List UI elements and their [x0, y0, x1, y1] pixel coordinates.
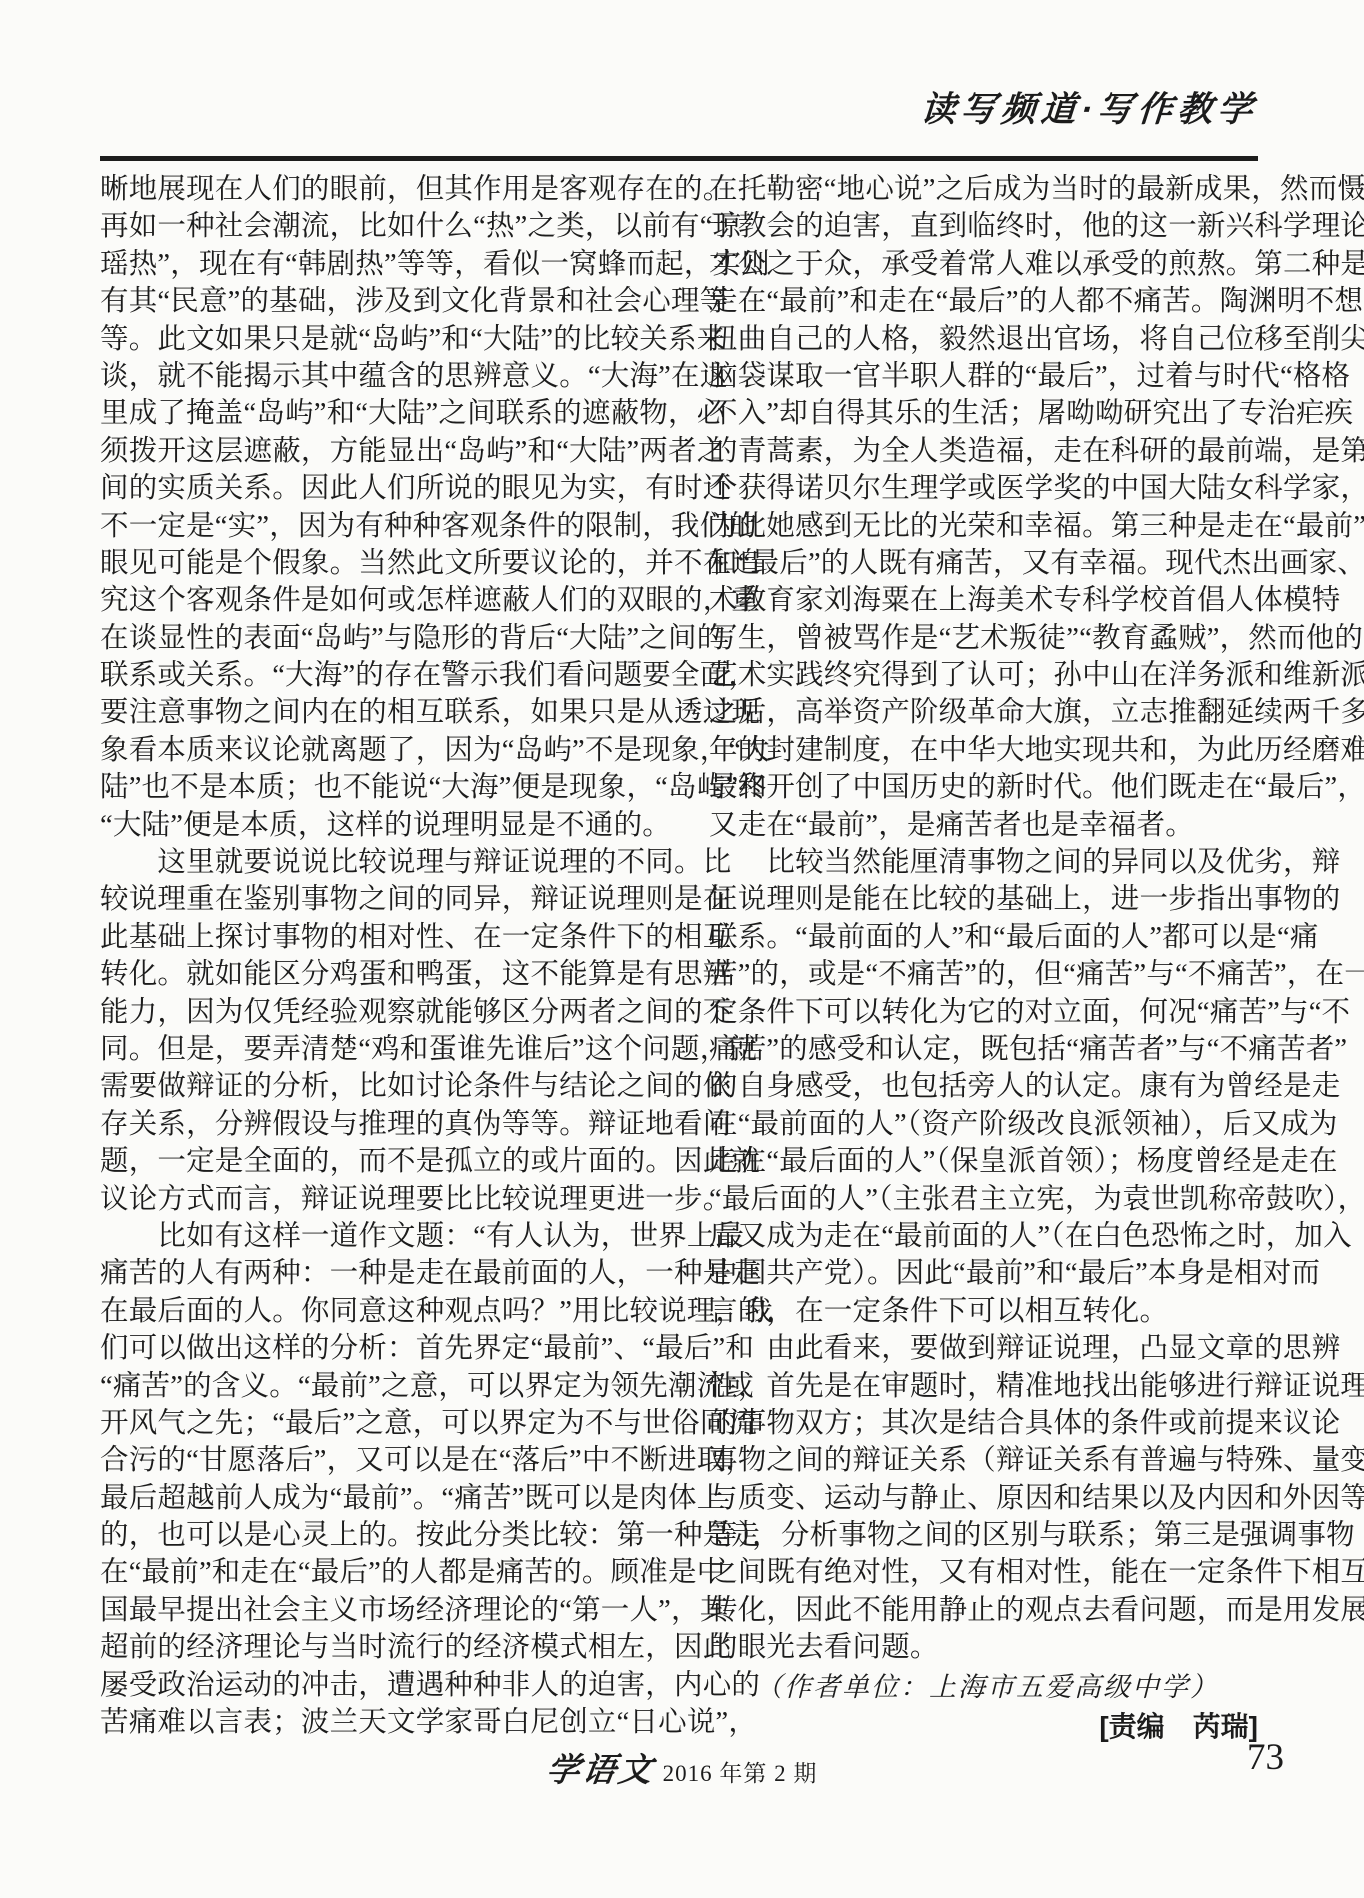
text-line: 的自身感受，也包括旁人的认定。康有为曾经是走: [709, 1068, 1258, 1105]
text-line: 的事物双方；其次是结合具体的条件或前提来议论: [709, 1405, 1258, 1442]
text-line: 定条件下可以转化为它的对立面，何况“痛苦”与“不: [709, 994, 1258, 1031]
text-line: 写生，曾被骂作是“艺术叛徒”“教育蟊贼”，然而他的: [709, 620, 1258, 657]
text-line: 苦”的，或是“不痛苦”的，但“痛苦”与“不痛苦”，在一: [709, 956, 1258, 993]
text-line: 谈，就不能揭示其中蕴含的思辨意义。“大海”在这: [100, 358, 649, 395]
text-line: 在“最前”和走在“最后”的人都是痛苦的。顾准是中: [100, 1554, 649, 1591]
text-line: 于教会的迫害，直到临终时，他的这一新兴科学理论: [709, 208, 1258, 245]
text-line: 在“最前面的人”（资产阶级改良派领袖），后又成为: [709, 1106, 1258, 1143]
text-line: 在托勒密“地心说”之后成为当时的最新成果，然而慑: [709, 171, 1258, 208]
text-line: 需要做辩证的分析，比如讨论条件与结论之间的依: [100, 1068, 649, 1105]
text-line: 痛苦”的感受和认定，既包括“痛苦者”与“不痛苦者”: [709, 1031, 1258, 1068]
text-line: 联系。“最前面的人”和“最后面的人”都可以是“痛: [709, 919, 1258, 956]
text-line: 脑袋谋取一官半职人群的“最后”，过着与时代“格格: [709, 358, 1258, 395]
text-line: 与质变、运动与静止、原因和结果以及内因和外因等: [709, 1480, 1258, 1517]
text-line: 术教育家刘海粟在上海美术专科学校首倡人体模特: [709, 582, 1258, 619]
journal-page: 读写频道·写作教学 晰地展现在人们的眼前，但其作用是客观存在的。再如一种社会潮流…: [0, 0, 1364, 1898]
text-line: 个获得诺贝尔生理学或医学奖的中国大陆女科学家，: [709, 470, 1258, 507]
text-line: 题，一定是全面的，而不是孤立的或片面的。因此就: [100, 1143, 649, 1180]
text-line: 转化，因此不能用静止的观点去看问题，而是用发展: [709, 1592, 1258, 1629]
text-line: 不入”却自得其乐的生活；屠呦呦研究出了专治疟疾: [709, 395, 1258, 432]
right-column-lines: 在托勒密“地心说”之后成为当时的最新成果，然而慑于教会的迫害，直到临终时，他的这…: [709, 171, 1258, 1667]
text-line: 之后，高举资产阶级革命大旗，立志推翻延续两千多: [709, 694, 1258, 731]
text-line: 由此看来，要做到辩证说理，凸显文章的思辨: [709, 1330, 1258, 1367]
text-line: 不一定是“实”，因为有种种客观条件的限制，我们的: [100, 508, 649, 545]
text-line: “大陆”便是本质，这样的说理明显是不通的。: [100, 807, 649, 844]
text-line: 再如一种社会潮流，比如什么“热”之类，以前有“琼: [100, 208, 649, 245]
text-line: 等），分析事物之间的区别与联系；第三是强调事物: [709, 1517, 1258, 1554]
text-line: 合污的“甘愿落后”，又可以是在“落后”中不断进取，: [100, 1442, 649, 1479]
article-body: 晰地展现在人们的眼前，但其作用是客观存在的。再如一种社会潮流，比如什么“热”之类…: [100, 171, 1258, 1747]
text-line: 屡受政治运动的冲击，遭遇种种非人的迫害，内心的: [100, 1667, 649, 1704]
text-line: 瑶热”，现在有“韩剧热”等等，看似一窝蜂而起，实则: [100, 246, 649, 283]
text-line: “痛苦”的含义。“最前”之意，可以界定为领先潮流或: [100, 1368, 649, 1405]
text-line: 言的，在一定条件下可以相互转化。: [709, 1293, 1258, 1330]
text-line: 超前的经济理论与当时流行的经济模式相左，因此: [100, 1629, 649, 1666]
text-line: 最终开创了中国历史的新时代。他们既走在“最后”，: [709, 769, 1258, 806]
text-line: “最后面的人”（主张君主立宪，为袁世凯称帝鼓吹），: [709, 1181, 1258, 1218]
text-line: 陆”也不是本质；也不能说“大海”便是现象，“岛屿”和: [100, 769, 649, 806]
text-line: 比如有这样一道作文题：“有人认为，世界上最: [100, 1218, 649, 1255]
text-line: 事物之间的辩证关系（辩证关系有普遍与特殊、量变: [709, 1442, 1258, 1479]
author-affiliation-note: （作者单位：上海市五爱高级中学）: [709, 1667, 1258, 1707]
text-line: 联系或关系。“大海”的存在警示我们看问题要全面，: [100, 657, 649, 694]
text-line: 扭曲自己的人格，毅然退出官场，将自己位移至削尖: [709, 321, 1258, 358]
text-line: 才公之于众，承受着常人难以承受的煎熬。第二种是: [709, 246, 1258, 283]
text-line: 最后超越前人成为“最前”。“痛苦”既可以是肉体上: [100, 1480, 649, 1517]
text-line: 的，也可以是心灵上的。按此分类比较：第一种是走: [100, 1517, 649, 1554]
text-line: 之间既有绝对性，又有相对性，能在一定条件下相互: [709, 1554, 1258, 1591]
text-line: 中国共产党）。因此“最前”和“最后”本身是相对而: [709, 1255, 1258, 1292]
text-line: 眼见可能是个假象。当然此文所要议论的，并不在追: [100, 545, 649, 582]
text-line: 在最后面的人。你同意这种观点吗？”用比较说理，我: [100, 1293, 649, 1330]
text-line: 的眼光去看问题。: [709, 1629, 1258, 1666]
text-line: 里成了掩盖“岛屿”和“大陆”之间联系的遮蔽物，必: [100, 395, 649, 432]
text-line: 晰地展现在人们的眼前，但其作用是客观存在的。: [100, 171, 649, 208]
text-line: 较说理重在鉴别事物之间的同异，辩证说理则是在: [100, 881, 649, 918]
footer-journal-line: 学语文2016 年第 2 期: [0, 1744, 1364, 1791]
text-line: 须拨开这层遮蔽，方能显出“岛屿”和“大陆”两者之: [100, 433, 649, 470]
text-line: 又走在“最前”，是痛苦者也是幸福者。: [709, 807, 1258, 844]
text-line: 存关系，分辨假设与推理的真伪等等。辩证地看问: [100, 1106, 649, 1143]
text-line: 开风气之先；“最后”之意，可以界定为不与世俗同流: [100, 1405, 649, 1442]
text-line: 走在“最后面的人”（保皇派首领）；杨度曾经是走在: [709, 1143, 1258, 1180]
text-line: 等。此文如果只是就“岛屿”和“大陆”的比较关系来: [100, 321, 649, 358]
text-line: 在谈显性的表面“岛屿”与隐形的背后“大陆”之间的: [100, 620, 649, 657]
text-line: 议论方式而言，辩证说理要比比较说理更进一步。: [100, 1181, 649, 1218]
right-column: 在托勒密“地心说”之后成为当时的最新成果，然而慑于教会的迫害，直到临终时，他的这…: [709, 171, 1258, 1747]
text-line: 能力，因为仅凭经验观察就能够区分两者之间的不: [100, 994, 649, 1031]
header-rule: [100, 156, 1258, 161]
text-line: 间的实质关系。因此人们所说的眼见为实，有时还: [100, 470, 649, 507]
journal-name-logo: 学语文: [543, 1744, 658, 1791]
text-line: 苦痛难以言表；波兰天文学家哥白尼创立“日心说”，: [100, 1704, 649, 1741]
text-line: 转化。就如能区分鸡蛋和鸭蛋，这不能算是有思辨: [100, 956, 649, 993]
left-column: 晰地展现在人们的眼前，但其作用是客观存在的。再如一种社会潮流，比如什么“热”之类…: [100, 171, 649, 1747]
responsible-editor-note: [责编 芮瑞]: [709, 1707, 1258, 1747]
text-line: 们可以做出这样的分析：首先界定“最前”、“最后”和: [100, 1330, 649, 1367]
text-line: 比较当然能厘清事物之间的异同以及优劣，辩: [709, 844, 1258, 881]
text-line: 这里就要说说比较说理与辩证说理的不同。比: [100, 844, 649, 881]
text-line: 证说理则是能在比较的基础上，进一步指出事物的: [709, 881, 1258, 918]
text-line: 究这个客观条件是如何或怎样遮蔽人们的双眼的，重: [100, 582, 649, 619]
text-line: 性，首先是在审题时，精准地找出能够进行辩证说理: [709, 1368, 1258, 1405]
page-number: 73: [1247, 1736, 1284, 1779]
text-line: 此基础上探讨事物的相对性、在一定条件下的相互: [100, 919, 649, 956]
text-line: 要注意事物之间内在的相互联系，如果只是从透过现: [100, 694, 649, 731]
text-line: 后又成为走在“最前面的人”（在白色恐怖之时，加入: [709, 1218, 1258, 1255]
text-line: 国最早提出社会主义市场经济理论的“第一人”，其: [100, 1592, 649, 1629]
journal-issue-label: 2016 年第 2 期: [663, 1761, 818, 1786]
text-line: 走在“最前”和走在“最后”的人都不痛苦。陶渊明不想: [709, 283, 1258, 320]
text-line: 为此她感到无比的光荣和幸福。第三种是走在“最前”: [709, 508, 1258, 545]
text-line: 和“最后”的人既有痛苦，又有幸福。现代杰出画家、美: [709, 545, 1258, 582]
text-line: 年的封建制度，在中华大地实现共和，为此历经磨难，: [709, 732, 1258, 769]
text-line: 艺术实践终究得到了认可；孙中山在洋务派和维新派: [709, 657, 1258, 694]
text-line: 痛苦的人有两种：一种是走在最前面的人，一种是走: [100, 1255, 649, 1292]
text-line: 同。但是，要弄清楚“鸡和蛋谁先谁后”这个问题，就: [100, 1031, 649, 1068]
running-head-section-title: 读写频道·写作教学: [920, 82, 1260, 132]
text-line: 有其“民意”的基础，涉及到文化背景和社会心理等: [100, 283, 649, 320]
text-line: 象看本质来议论就离题了，因为“岛屿”不是现象，“大: [100, 732, 649, 769]
text-line: 的青蒿素，为全人类造福，走在科研的最前端，是第一: [709, 433, 1258, 470]
